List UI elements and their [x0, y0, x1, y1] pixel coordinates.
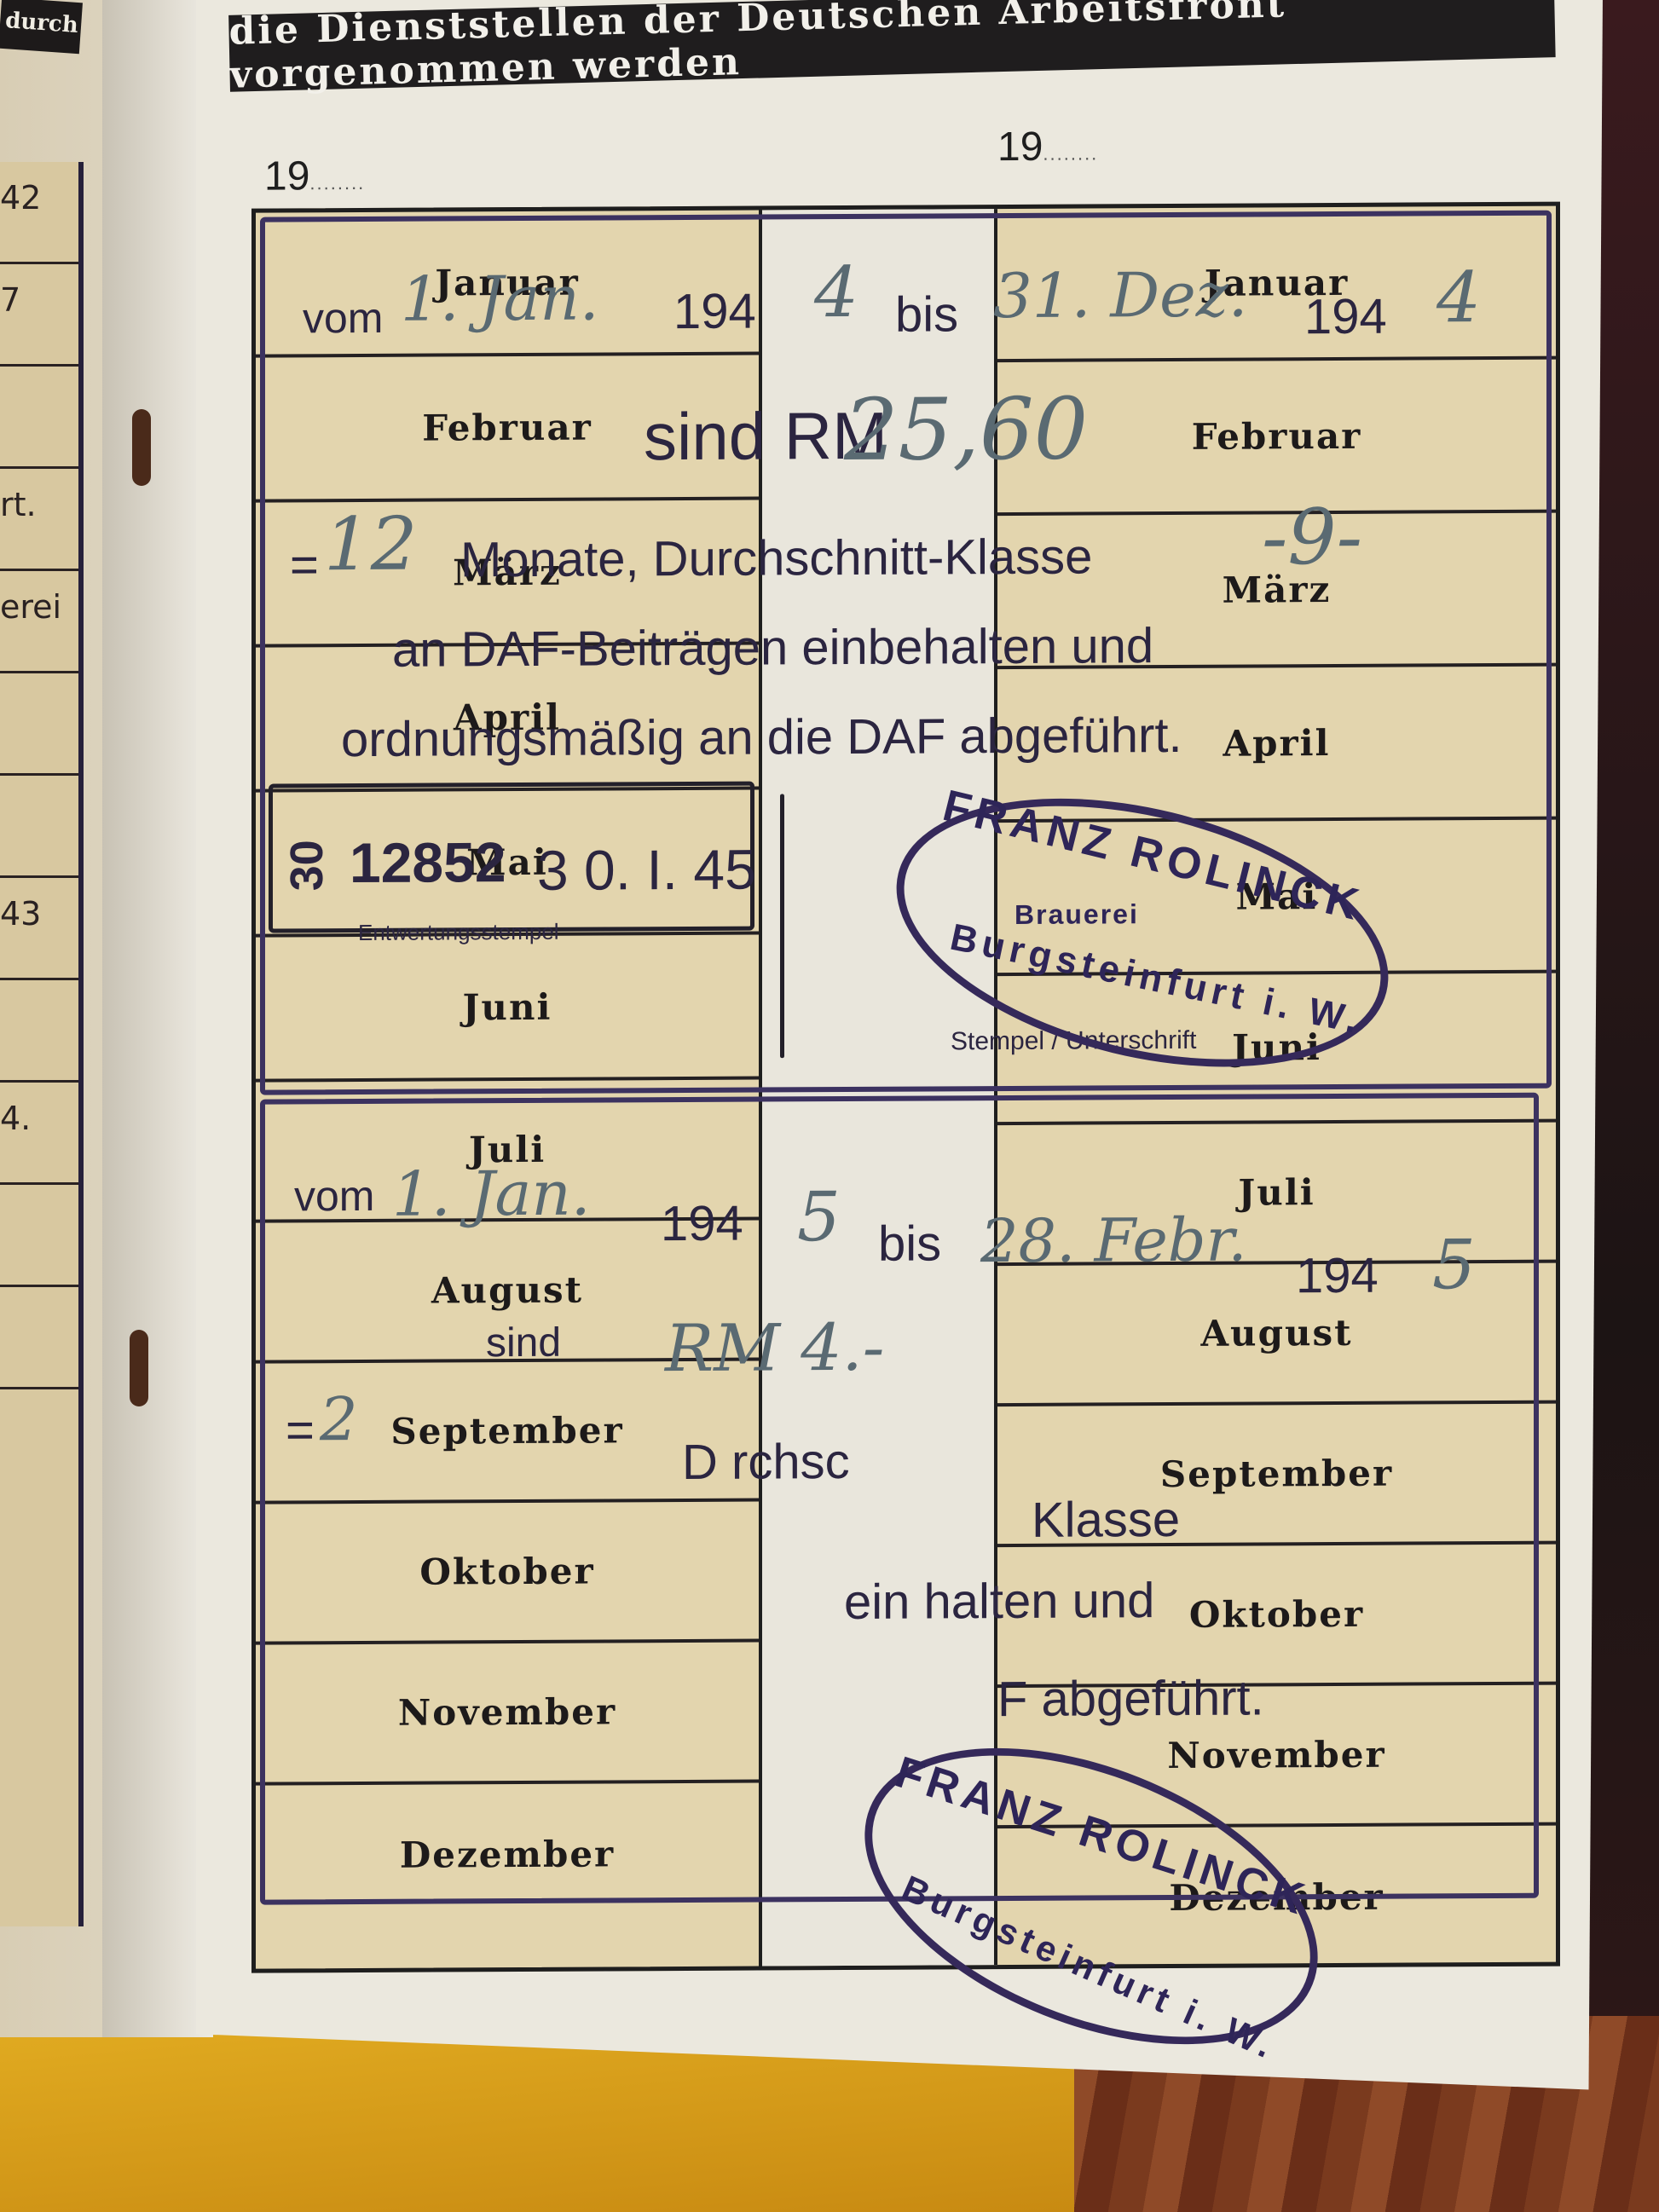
left-cell: 4. — [0, 1083, 78, 1185]
cancellation-date: 3 0. I. 45 — [537, 837, 756, 903]
handwritten-from-year-digit: 5 — [797, 1177, 841, 1256]
left-cell: 43 — [0, 878, 78, 980]
left-cell: 7 — [0, 264, 78, 367]
left-cell — [0, 673, 78, 776]
signature-box-divider — [780, 794, 784, 1058]
left-cell: erei — [0, 571, 78, 673]
left-cell: 42 — [0, 162, 78, 264]
company-stamp-line2: Brauerei — [1014, 898, 1139, 931]
staple-mark — [130, 1330, 148, 1406]
handwritten-amount: RM 4.- — [665, 1309, 884, 1386]
handwritten-from-date: 1. Jan. — [392, 1158, 591, 1230]
handwritten-amount: 25,60 — [844, 379, 1088, 480]
handwritten-to-year-digit: 4 — [1436, 257, 1481, 338]
left-page-form: 42 7 rt. erei 43 4. — [0, 162, 84, 1926]
page-header: die Dienststellen der Deutschen Arbeitsf… — [228, 0, 1556, 97]
cancellation-number: 12852 — [350, 829, 506, 895]
class-label: Klasse — [1032, 1491, 1180, 1549]
handwritten-months-count: 2 — [320, 1384, 358, 1454]
contribution-line-4: ordnungsmäßig an die DAF abgeführt. — [341, 707, 1182, 768]
handwritten-from-date: 1. Jan. — [401, 263, 599, 335]
booklet-page: die Dienststellen der Deutschen Arbeitsf… — [196, 0, 1603, 2097]
handwritten-from-year-digit: 4 — [814, 252, 858, 333]
equals-sign: = — [286, 1401, 315, 1458]
handwritten-months-count: 12 — [324, 502, 417, 588]
cancellation-prefix: 30 — [280, 840, 333, 891]
left-cell — [0, 776, 78, 878]
handwritten-class: -9- — [1262, 493, 1362, 583]
from-year-printed: 194 — [673, 283, 756, 341]
left-cell — [0, 1287, 78, 1389]
year-dots: ........ — [309, 172, 365, 193]
left-page-header-fragment: durch — [0, 0, 83, 54]
left-cell: rt. — [0, 469, 78, 571]
left-cell — [0, 980, 78, 1083]
year-prefix: 19 — [997, 124, 1043, 170]
bis-label: bis — [895, 286, 958, 343]
header-band: die Dienststellen der Deutschen Arbeitsf… — [228, 0, 1556, 92]
year-dots: ........ — [1043, 142, 1098, 164]
vom-label: vom — [303, 293, 383, 343]
months-class-text: Monate, Durchschnitt-Klasse — [460, 528, 1092, 588]
cancellation-label: Entwertungsstempel — [358, 919, 559, 946]
months-class-text-partial: D rchsc — [682, 1433, 850, 1491]
bis-label: bis — [878, 1215, 941, 1272]
to-year-printed: 194 — [1296, 1247, 1379, 1305]
staple-mark — [132, 409, 151, 486]
left-cell — [0, 367, 78, 469]
year-label-left: 19........ — [264, 153, 365, 200]
handwritten-to-year-digit: 5 — [1432, 1225, 1476, 1304]
to-year-printed: 194 — [1304, 288, 1387, 346]
from-year-printed: 194 — [661, 1195, 743, 1253]
handwritten-to-date: 31. Dez. — [993, 259, 1248, 332]
equals-sign: = — [290, 536, 319, 593]
left-cell — [0, 1185, 78, 1287]
sind-label: sind — [486, 1320, 561, 1366]
year-label-right: 19........ — [997, 123, 1098, 170]
handwritten-to-date: 28. Febr. — [980, 1205, 1247, 1277]
vom-label: vom — [294, 1171, 374, 1221]
contribution-line-3: an DAF-Beiträgen einbehalten und — [392, 617, 1153, 679]
contribution-line-4-partial: F abgeführt. — [997, 1669, 1264, 1728]
contribution-line-3-partial: ein halten und — [844, 1572, 1154, 1631]
year-prefix: 19 — [264, 153, 309, 199]
